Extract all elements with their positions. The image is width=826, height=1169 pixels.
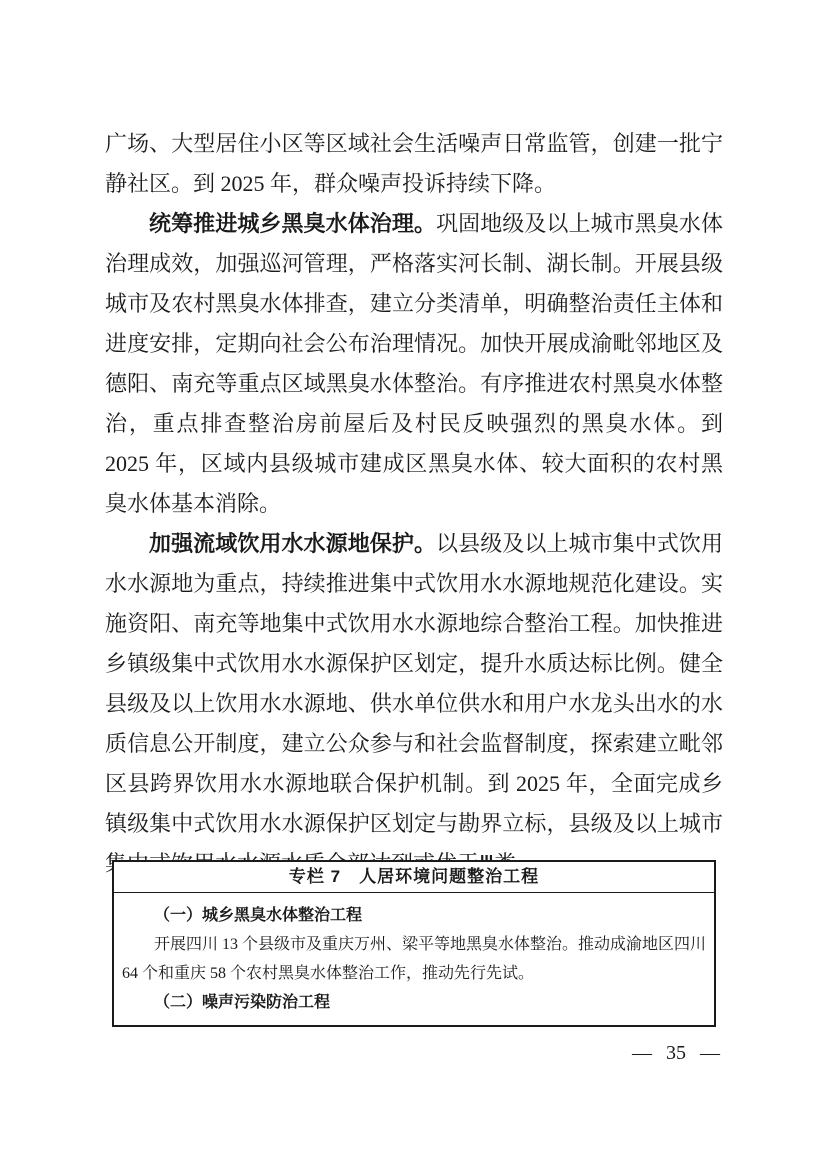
paragraph-text: 巩固地级及以上城市黑臭水体治理成效，加强巡河管理，严格落实河长制、湖长制。开展县… [105, 211, 723, 516]
page-number-value: 35 [666, 1040, 686, 1066]
panel-section-heading: （二）噪声污染防治工程 [122, 988, 706, 1017]
page-number: —35— [632, 1040, 720, 1066]
paragraph-lead: 统筹推进城乡黑臭水体治理。 [149, 211, 436, 236]
callout-panel-title: 专栏 7 人居环境问题整治工程 [114, 862, 714, 893]
panel-section-text: 开展四川 13 个县级市及重庆万州、梁平等地黑臭水体整治。推动成渝地区四川 64… [122, 930, 706, 988]
callout-panel-body: （一）城乡黑臭水体整治工程 开展四川 13 个县级市及重庆万州、梁平等地黑臭水体… [114, 893, 714, 1025]
document-page: 广场、大型居住小区等区域社会生活噪声日常监管，创建一批宁静社区。到 2025 年… [0, 0, 826, 1169]
paragraph-text: 以县级及以上城市集中式饮用水水源地为重点，持续推进集中式饮用水水源地规范化建设。… [105, 531, 723, 876]
page-number-right-dash: — [700, 1040, 720, 1066]
page-number-left-dash: — [632, 1040, 652, 1066]
body-text: 广场、大型居住小区等区域社会生活噪声日常监管，创建一批宁静社区。到 2025 年… [105, 124, 723, 884]
body-paragraph: 广场、大型居住小区等区域社会生活噪声日常监管，创建一批宁静社区。到 2025 年… [105, 124, 723, 204]
panel-section-heading: （一）城乡黑臭水体整治工程 [122, 901, 706, 930]
body-paragraph: 加强流域饮用水水源地保护。以县级及以上城市集中式饮用水水源地为重点，持续推进集中… [105, 524, 723, 884]
body-paragraph: 统筹推进城乡黑臭水体治理。巩固地级及以上城市黑臭水体治理成效，加强巡河管理，严格… [105, 204, 723, 524]
paragraph-lead: 加强流域饮用水水源地保护。 [149, 531, 436, 556]
paragraph-text: 广场、大型居住小区等区域社会生活噪声日常监管，创建一批宁静社区。到 2025 年… [105, 131, 723, 196]
callout-panel: 专栏 7 人居环境问题整治工程 （一）城乡黑臭水体整治工程 开展四川 13 个县… [112, 860, 716, 1027]
